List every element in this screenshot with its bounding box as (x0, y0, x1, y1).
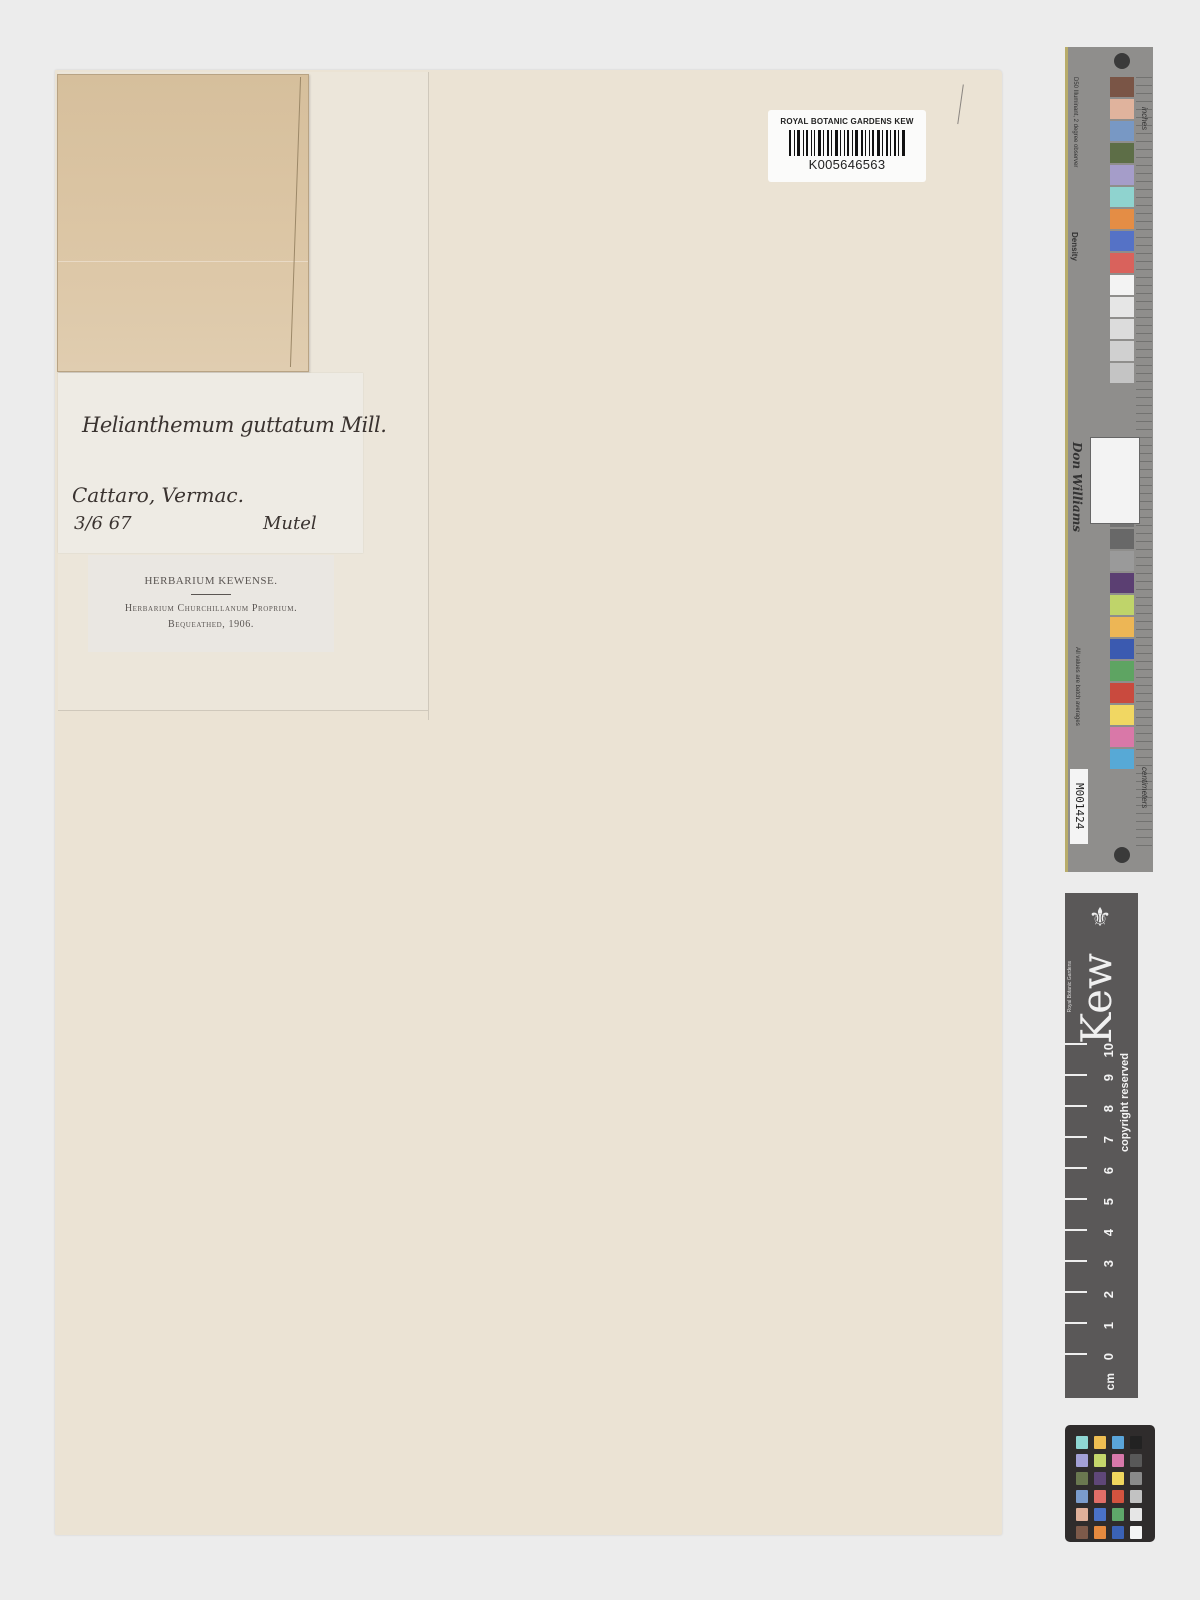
packet-flap (290, 77, 303, 367)
checker-patch (1094, 1454, 1106, 1467)
ruler-hole-icon (1114, 847, 1130, 863)
checker-patch (1076, 1508, 1088, 1521)
color-swatch (1110, 639, 1134, 659)
kew-scale-bar: ⚜ Royal Botanic Gardens Kew 012345678910… (1065, 893, 1138, 1398)
checker-patch (1094, 1436, 1106, 1449)
color-swatch (1110, 165, 1134, 185)
color-swatch (1110, 187, 1134, 207)
label-divider (191, 594, 231, 595)
color-swatch (1110, 573, 1134, 593)
color-swatch (1110, 319, 1134, 339)
ruler-swatches (1110, 77, 1134, 771)
checker-patch (1094, 1526, 1106, 1539)
taxon-name: Helianthemum guttatum Mill. (82, 413, 386, 437)
scale-number: 9 (1101, 1074, 1116, 1081)
packet-fold-line (58, 261, 308, 262)
scale-tick (1065, 1136, 1087, 1138)
cm-scale (1065, 1041, 1090, 1386)
illuminant-note: D50 Illuminant, 2 degree observer (1072, 77, 1078, 167)
checker-patch (1130, 1526, 1142, 1539)
checker-patch (1076, 1526, 1088, 1539)
checker-patch (1076, 1490, 1088, 1503)
checker-patch (1130, 1454, 1142, 1467)
herbarium-kewense-label: HERBARIUM KEWENSE. Herbarium Churchillan… (88, 555, 334, 652)
herbarium-provenance: Herbarium Churchillanum Proprium. (88, 601, 334, 617)
color-swatch (1110, 99, 1134, 119)
scale-tick (1065, 1074, 1087, 1076)
color-swatch (1110, 683, 1134, 703)
kew-wordmark: Kew (1075, 953, 1119, 1044)
color-swatch (1110, 77, 1134, 97)
determination-label: Helianthemum guttatum Mill. Cattaro, Ver… (58, 373, 363, 553)
values-note: All values are batch averages (1074, 647, 1080, 726)
scale-number: 2 (1101, 1291, 1116, 1298)
color-swatch (1110, 529, 1134, 549)
color-swatch (1110, 143, 1134, 163)
color-swatch (1110, 209, 1134, 229)
checker-patch (1112, 1472, 1124, 1485)
collector: Mutel (263, 513, 317, 534)
scale-number: 10 (1101, 1043, 1116, 1057)
color-swatch (1110, 595, 1134, 615)
institution-name: ROYAL BOTANIC GARDENS KEW (768, 117, 926, 126)
checker-patch (1112, 1436, 1124, 1449)
inches-label: inches (1140, 107, 1149, 130)
barcode-icon (789, 130, 905, 156)
checker-patch (1112, 1454, 1124, 1467)
copyright-text: copyright reserved (1119, 1053, 1131, 1152)
color-swatch (1110, 341, 1134, 361)
scale-number: 3 (1101, 1260, 1116, 1267)
scale-tick (1065, 1322, 1087, 1324)
checker-patch (1076, 1454, 1088, 1467)
barcode-number: K005646563 (768, 157, 926, 172)
checker-patch (1094, 1490, 1106, 1503)
scale-number: 5 (1101, 1198, 1116, 1205)
color-swatch (1110, 297, 1134, 317)
scale-tick (1065, 1167, 1087, 1169)
color-swatch (1110, 231, 1134, 251)
locality: Cattaro, Vermac. (72, 483, 244, 507)
scale-number: 1 (1101, 1322, 1116, 1329)
scale-tick (1065, 1229, 1087, 1231)
scale-number: 4 (1101, 1229, 1116, 1236)
color-swatch (1110, 749, 1134, 769)
scale-tick (1065, 1260, 1087, 1262)
color-swatch (1110, 727, 1134, 747)
specimen-packet (57, 74, 309, 372)
scale-number: 6 (1101, 1167, 1116, 1174)
scale-tick (1065, 1291, 1087, 1293)
unit-label: cm (1103, 1373, 1117, 1390)
royal-crest-icon: ⚜ (1085, 899, 1115, 935)
scale-number: 7 (1101, 1136, 1116, 1143)
color-swatch (1110, 363, 1134, 383)
color-swatch (1110, 121, 1134, 141)
scale-tick (1065, 1105, 1087, 1107)
density-label: Density (1070, 232, 1079, 261)
checker-patch (1112, 1526, 1124, 1539)
barcode-label: ROYAL BOTANIC GARDENS KEW K005646563 (768, 110, 926, 182)
color-swatch (1110, 551, 1134, 571)
color-swatch (1110, 661, 1134, 681)
color-swatch (1110, 253, 1134, 273)
centimeters-label: centimeters (1140, 767, 1149, 808)
ruler-hole-icon (1114, 53, 1130, 69)
color-calibration-ruler: inches D50 Illuminant, 2 degree observer… (1065, 47, 1153, 872)
checker-patch (1130, 1508, 1142, 1521)
collection-date: 3/6 67 (74, 513, 132, 534)
scale-number: 8 (1101, 1105, 1116, 1112)
color-checker-card (1065, 1425, 1155, 1542)
scale-tick (1065, 1353, 1087, 1355)
brand-label: Don Williams (1070, 442, 1084, 532)
scale-tick (1065, 1043, 1087, 1045)
checker-patch (1112, 1490, 1124, 1503)
bequest-note: Bequeathed, 1906. (88, 617, 334, 633)
checker-patch (1130, 1436, 1142, 1449)
color-swatch (1110, 705, 1134, 725)
scale-tick (1065, 1198, 1087, 1200)
sheet-fold-line (428, 72, 429, 720)
checker-patch (1130, 1490, 1142, 1503)
herbarium-title: HERBARIUM KEWENSE. (88, 575, 334, 587)
checker-patch (1076, 1472, 1088, 1485)
ruler-target-insert (1090, 437, 1140, 524)
color-swatch (1110, 275, 1134, 295)
checker-patch (1094, 1508, 1106, 1521)
checker-patch (1076, 1436, 1088, 1449)
checker-patch (1094, 1472, 1106, 1485)
ruler-id: M001424 (1070, 769, 1088, 844)
checker-patch (1112, 1508, 1124, 1521)
checker-patch (1130, 1472, 1142, 1485)
scale-number: 0 (1101, 1353, 1116, 1360)
color-swatch (1110, 617, 1134, 637)
